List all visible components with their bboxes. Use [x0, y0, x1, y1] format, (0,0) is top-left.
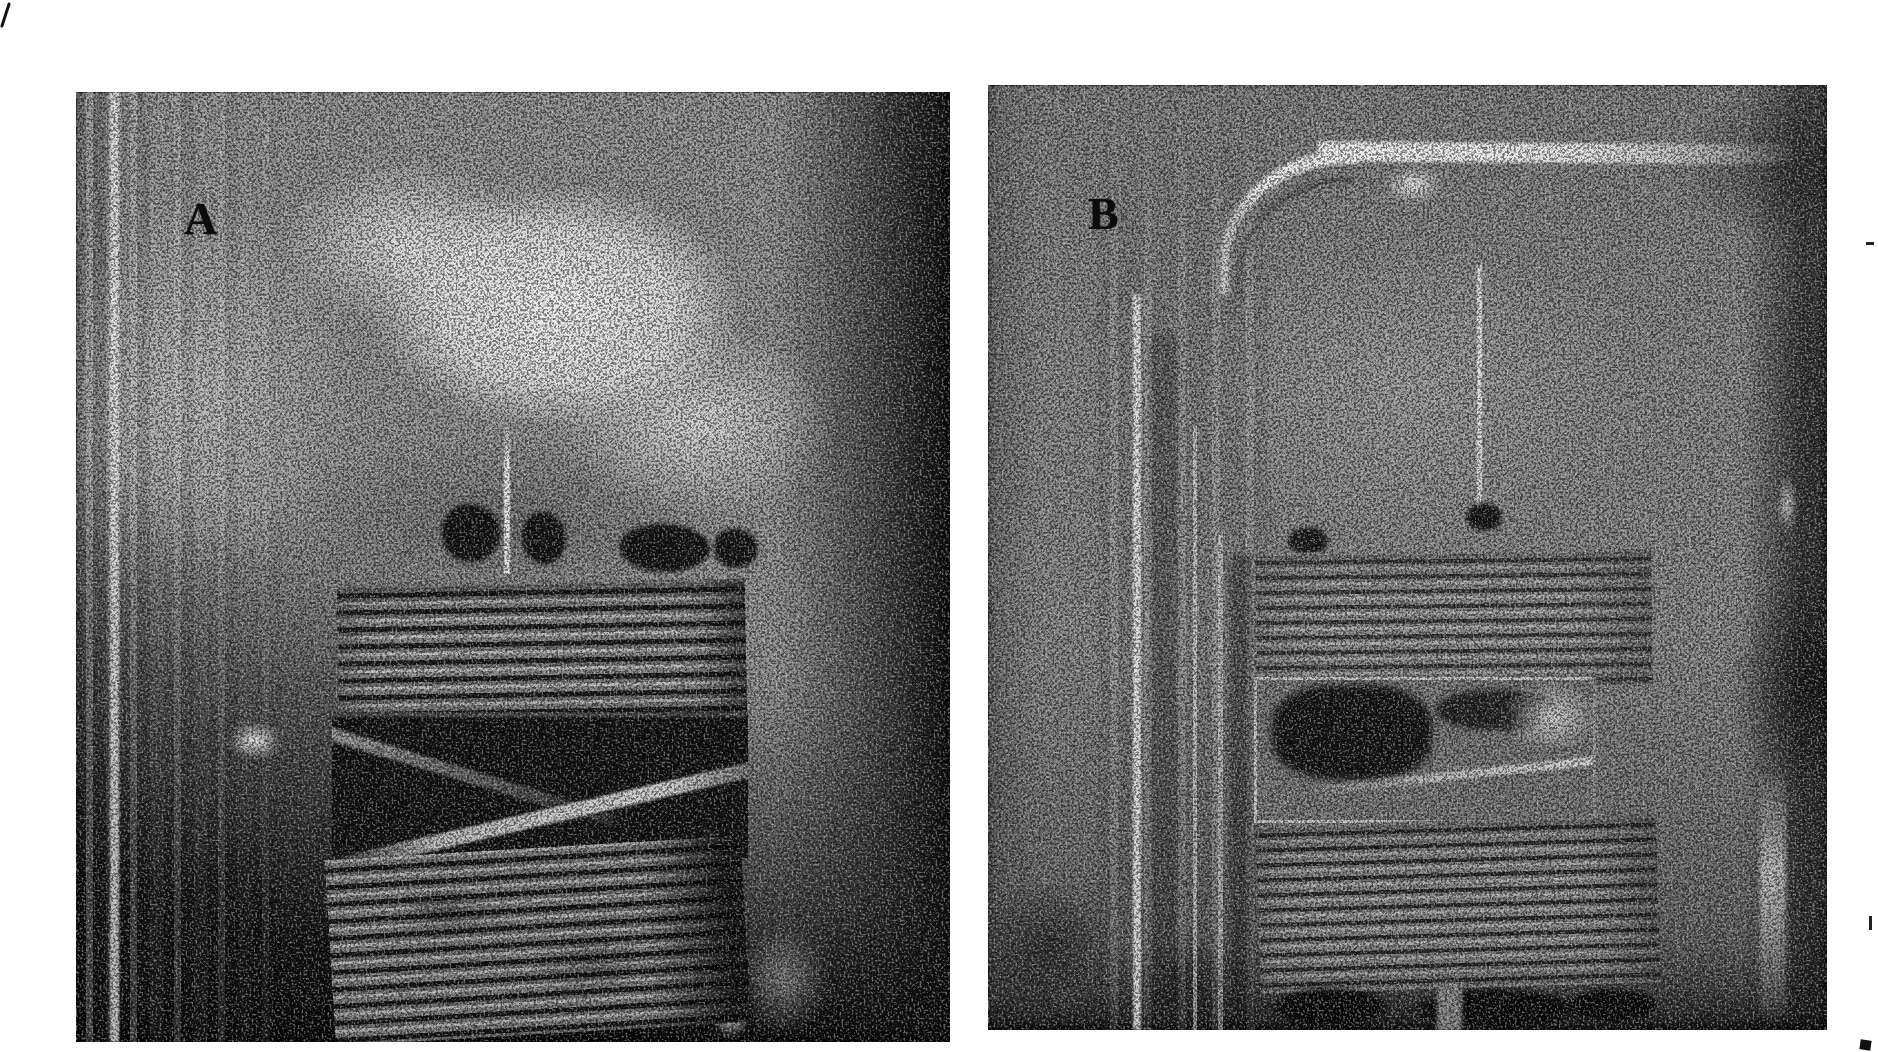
panel-b-bright-vertical-streak	[1193, 425, 1197, 1030]
panel-b-bond-wire	[1477, 265, 1482, 521]
panel-b-bright-vertical-streak	[1218, 535, 1223, 1030]
panel-b-reflection-highlight	[1383, 165, 1443, 205]
panel-a-contact-pad	[620, 524, 710, 572]
panel-b-contact-pad	[1288, 527, 1328, 555]
panel-a-upper-stripe-block	[337, 578, 747, 725]
panel-b-box-dark-blob	[1272, 685, 1432, 780]
panel-b-lower-stripe-block	[1256, 814, 1661, 993]
stray-mark-right-edge	[1869, 916, 1872, 930]
panel-a-box-top-highlight	[332, 712, 748, 717]
panel-b-dark-vertical-band	[1230, 555, 1252, 1030]
panel-a-lower-stripe-block	[325, 836, 751, 1042]
panel-a-dark-box-with-cross-scratches	[332, 712, 748, 858]
panel-b-photo: B	[988, 85, 1827, 1030]
panel-b-label: B	[1088, 191, 1119, 237]
panel-a-bond-wire	[504, 422, 510, 574]
panel-b-upper-stripe-block	[1255, 549, 1652, 691]
stray-mark-top-left	[0, 2, 11, 28]
panel-b-bright-vertical-streak	[1133, 295, 1141, 1030]
panel-b-bottom-blob-notch	[1437, 983, 1462, 1030]
panel-a-diagonal-scratch	[332, 726, 615, 826]
panel-b-bottom-dark-blobs	[1260, 983, 1656, 1030]
panel-b-dark-vertical-band	[1150, 335, 1178, 1030]
panel-b-reflection-band	[1318, 141, 1793, 164]
panel-b-box-highlight	[1505, 680, 1596, 752]
panel-a-label: A	[184, 196, 217, 242]
panel-b-contact-pad	[1466, 503, 1502, 531]
panel-a-photo: A	[76, 92, 950, 1042]
panel-b-right-bright-spot	[1776, 475, 1798, 535]
panel-a-contact-pad	[522, 512, 566, 564]
panel-b-outlined-box	[1254, 677, 1596, 823]
figure-page: A B	[0, 0, 1878, 1052]
panel-a-contact-pad	[714, 528, 758, 568]
panel-a-contact-pad	[442, 504, 500, 562]
stray-mark-bottom-right-corner	[1859, 1039, 1871, 1050]
panel-a-bright-vertical-streak	[110, 92, 119, 1042]
stray-mark-right-edge	[1866, 242, 1874, 245]
panel-b-right-bright-streak	[1760, 775, 1786, 1015]
